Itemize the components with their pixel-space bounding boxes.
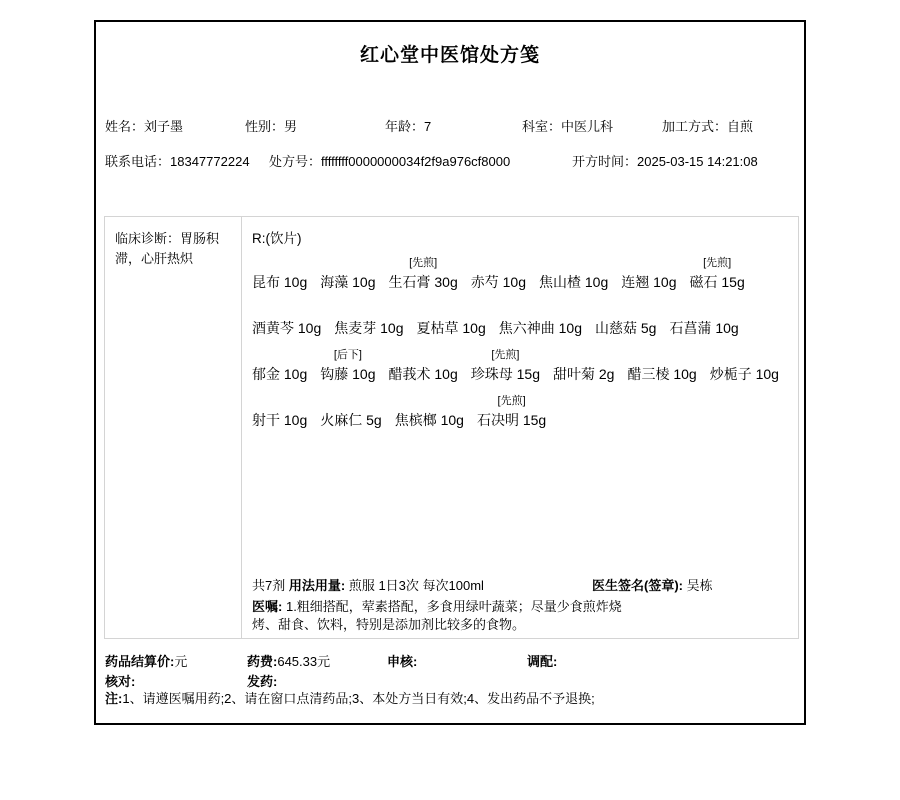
medicine-name-dose: 钩藤 10g: [320, 364, 375, 385]
medicine-item: 火麻仁 5g: [320, 393, 381, 431]
medicine-item: [先煎]珍珠母 15g: [471, 347, 540, 385]
doctor-signature-label: 医生签名(签章):: [592, 578, 683, 593]
info-field: 调配:: [527, 652, 557, 672]
total-doses: 共7剂: [252, 578, 285, 593]
info-field: 年龄：7: [385, 117, 431, 137]
field-label: 联系电话：: [105, 154, 170, 169]
field-value: 18347772224: [170, 154, 250, 169]
medicine-item: 赤芍 10g: [471, 255, 526, 293]
advice-text: 1.粗细搭配，荤素搭配，多食用绿叶蔬菜；尽量少食煎炸烧烤、甜食、饮料，特别是添加…: [252, 599, 622, 632]
medicine-item: 郁金 10g: [252, 347, 307, 385]
medicine-line: 昆布 10g海藻 10g[先煎]生石膏 30g赤芍 10g焦山楂 10g连翘 1…: [252, 255, 790, 293]
medicine-item: [先煎]石决明 15g: [477, 393, 546, 431]
medicine-name-dose: 醋三棱 10g: [627, 364, 696, 385]
field-label: 年龄：: [385, 119, 424, 134]
field-label: 申核:: [387, 654, 417, 669]
prescription-form: 红心堂中医馆处方笺 姓名：刘子墨性别：男年龄：7科室：中医儿科加工方式：自煎 联…: [94, 20, 806, 725]
medicine-name-dose: 磁石 15g: [690, 272, 745, 293]
medicine-item: 甜叶菊 2g: [553, 347, 614, 385]
medicine-item: 昆布 10g: [252, 255, 307, 293]
medicine-item: [后下]钩藤 10g: [320, 347, 375, 385]
field-label: 性别：: [245, 119, 284, 134]
field-label: 开方时间：: [572, 154, 637, 169]
medicine-name-dose: 焦山楂 10g: [539, 272, 608, 293]
field-value: ffffffff0000000034f2f9a976cf8000: [321, 154, 510, 169]
medicine-item: 石菖蒲 10g: [669, 301, 738, 339]
medicine-name-dose: 生石膏 30g: [389, 272, 458, 293]
medicine-item: 酒黄芩 10g: [252, 301, 321, 339]
medicine-name-dose: 珍珠母 15g: [471, 364, 540, 385]
medicine-item: [先煎]生石膏 30g: [389, 255, 458, 293]
decoction-annotation: [先煎]: [491, 347, 519, 364]
note-text: 1、请遵医嘱用药;2、请在窗口点清药品;3、本处方当日有效;4、发出药品不予退换…: [122, 691, 594, 706]
medicine-name-dose: 郁金 10g: [252, 364, 307, 385]
info-field: 处方号：ffffffff0000000034f2f9a976cf8000: [269, 152, 510, 172]
field-label: 核对:: [105, 674, 135, 689]
field-label: 处方号：: [269, 154, 321, 169]
medicine-name-dose: 焦槟榔 10g: [395, 410, 464, 431]
info-field: 药费:645.33元: [247, 652, 330, 672]
info-field: 姓名：刘子墨: [105, 117, 183, 137]
footer-note: 注:1、请遵医嘱用药;2、请在窗口点清药品;3、本处方当日有效;4、发出药品不予…: [105, 690, 798, 708]
field-label: 科室：: [522, 119, 561, 134]
field-label: 发药:: [247, 674, 277, 689]
field-value: 7: [424, 119, 431, 134]
medicine-line: 郁金 10g[后下]钩藤 10g醋莪术 10g[先煎]珍珠母 15g甜叶菊 2g…: [252, 347, 790, 385]
medicine-name-dose: 昆布 10g: [252, 272, 307, 293]
info-field: 发药:: [247, 672, 277, 692]
info-field: 申核:: [387, 652, 417, 672]
field-label: 调配:: [527, 654, 557, 669]
medicine-name-dose: 炒栀子 10g: [710, 364, 779, 385]
doctor-signature: 医生签名(签章): 吴栋: [592, 576, 713, 596]
field-label: 药品结算价:: [105, 654, 174, 669]
medicine-item: 醋三棱 10g: [627, 347, 696, 385]
medicine-item: [先煎]磁石 15g: [690, 255, 745, 293]
field-value: 刘子墨: [144, 119, 183, 134]
medicine-line: 酒黄芩 10g焦麦芽 10g夏枯草 10g焦六神曲 10g山慈菇 5g石菖蒲 1…: [252, 301, 790, 339]
medicine-name-dose: 夏枯草 10g: [417, 318, 486, 339]
dosage-label: 用法用量:: [289, 578, 345, 593]
medicine-item: 焦六神曲 10g: [499, 301, 582, 339]
info-field: 开方时间：2025-03-15 14:21:08: [572, 152, 758, 172]
decoction-annotation: [先煎]: [498, 393, 526, 410]
medicine-item: 海藻 10g: [320, 255, 375, 293]
medicine-item: 炒栀子 10g: [710, 347, 779, 385]
decoction-annotation: [先煎]: [703, 255, 731, 272]
decoction-annotation: [后下]: [334, 347, 362, 364]
medicine-name-dose: 山慈菇 5g: [595, 318, 656, 339]
diagnosis-label: 临床诊断：: [115, 231, 180, 246]
medicine-lines: 昆布 10g海藻 10g[先煎]生石膏 30g赤芍 10g焦山楂 10g连翘 1…: [252, 255, 790, 431]
field-value: 男: [284, 119, 297, 134]
footer-row-2: 核对:发药:: [96, 672, 804, 692]
field-value: 645.33元: [277, 654, 330, 669]
field-value: 2025-03-15 14:21:08: [637, 154, 758, 169]
diagnosis-cell: 临床诊断：胃肠积滞，心肝热炽: [105, 217, 242, 638]
medicine-item: 醋莪术 10g: [389, 347, 458, 385]
field-label: 姓名：: [105, 119, 144, 134]
field-value: 自煎: [727, 119, 753, 134]
page-title: 红心堂中医馆处方笺: [96, 40, 804, 67]
medicine-name-dose: 赤芍 10g: [471, 272, 526, 293]
info-field: 药品结算价:元: [105, 652, 187, 672]
medicine-name-dose: 醋莪术 10g: [389, 364, 458, 385]
medical-advice: 医嘱: 1.粗细搭配，荤素搭配，多食用绿叶蔬菜；尽量少食煎炸烧烤、甜食、饮料，特…: [252, 598, 644, 634]
field-label: 加工方式：: [662, 119, 727, 134]
medicine-name-dose: 火麻仁 5g: [320, 410, 381, 431]
medicine-name-dose: 石决明 15g: [477, 410, 546, 431]
medicine-name-dose: 焦六神曲 10g: [499, 318, 582, 339]
medicines-cell: R:(饮片) 昆布 10g海藻 10g[先煎]生石膏 30g赤芍 10g焦山楂 …: [242, 217, 798, 638]
medicine-name-dose: 酒黄芩 10g: [252, 318, 321, 339]
note-label: 注:: [105, 691, 122, 706]
advice-label: 医嘱:: [252, 599, 282, 614]
dosage-value: 煎服 1日3次 每次100ml: [349, 578, 484, 593]
patient-info-row-1: 姓名：刘子墨性别：男年龄：7科室：中医儿科加工方式：自煎: [96, 117, 804, 137]
patient-info-row-2: 联系电话：18347772224处方号：ffffffff0000000034f2…: [96, 152, 804, 172]
info-field: 核对:: [105, 672, 135, 692]
medicine-name-dose: 甜叶菊 2g: [553, 364, 614, 385]
medicine-name-dose: 连翘 10g: [621, 272, 676, 293]
decoction-annotation: [先煎]: [409, 255, 437, 272]
medicine-line: 射干 10g火麻仁 5g焦槟榔 10g[先煎]石决明 15g: [252, 393, 790, 431]
info-field: 性别：男: [245, 117, 297, 137]
doctor-name: 吴栋: [687, 578, 713, 593]
medicine-item: 山慈菇 5g: [595, 301, 656, 339]
medicine-name-dose: 石菖蒲 10g: [669, 318, 738, 339]
info-field: 科室：中医儿科: [522, 117, 613, 137]
page-background: 红心堂中医馆处方笺 姓名：刘子墨性别：男年龄：7科室：中医儿科加工方式：自煎 联…: [0, 0, 900, 800]
medicine-name-dose: 射干 10g: [252, 410, 307, 431]
medicine-item: 焦麦芽 10g: [334, 301, 403, 339]
field-value: 中医儿科: [561, 119, 613, 134]
field-label: 药费:: [247, 654, 277, 669]
medicine-name-dose: 海藻 10g: [320, 272, 375, 293]
medicine-name-dose: 焦麦芽 10g: [334, 318, 403, 339]
usage-line: 共7剂 用法用量: 煎服 1日3次 每次100ml 医生签名(签章): 吴栋: [252, 576, 790, 596]
medicine-item: 焦山楂 10g: [539, 255, 608, 293]
medicine-item: 焦槟榔 10g: [395, 393, 464, 431]
prescription-box: 临床诊断：胃肠积滞，心肝热炽 R:(饮片) 昆布 10g海藻 10g[先煎]生石…: [104, 216, 799, 639]
footer-row-1: 药品结算价:元药费:645.33元申核:调配:: [96, 652, 804, 672]
usage-section: 共7剂 用法用量: 煎服 1日3次 每次100ml 医生签名(签章): 吴栋 医…: [252, 576, 790, 634]
medicine-item: 连翘 10g: [621, 255, 676, 293]
info-field: 联系电话：18347772224: [105, 152, 250, 172]
field-value: 元: [174, 654, 187, 669]
rx-header: R:(饮片): [252, 229, 790, 249]
medicine-item: 射干 10g: [252, 393, 307, 431]
info-field: 加工方式：自煎: [662, 117, 753, 137]
medicine-item: 夏枯草 10g: [417, 301, 486, 339]
